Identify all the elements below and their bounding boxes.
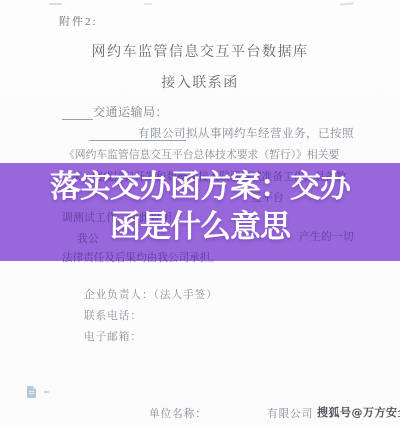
responsible-person-line: 企业负责人：（法人手签）: [84, 287, 218, 302]
blank-underline: [89, 129, 138, 141]
document-title-line2: 接入联系函: [0, 72, 400, 92]
unit-name-label: 单位名称：: [149, 406, 207, 421]
scan-mark: [144, 3, 152, 5]
paragraph-line1: 有限公司拟从事网约车经营业务，已按照: [89, 125, 354, 141]
salutation-text: 交通运输局：: [93, 105, 168, 119]
scan-mark: [49, 3, 62, 5]
company-blank-text: 有限公司: [138, 128, 186, 141]
tiny-dash-mark: [44, 391, 49, 393]
paragraph-intro-text: 拟从事网约车经营业务，已按照: [186, 128, 354, 140]
scan-mark: [340, 2, 354, 5]
watermark-text: 搜狐号@万方安全: [317, 404, 400, 420]
contact-phone-line: 联系电话：: [84, 308, 142, 323]
document-photo: 附件2: 网约车监管信息交互平台数据库 接入联系函 交通运输局： 有限公司拟从事…: [0, 0, 400, 425]
headline-line2: 函是什么意思: [0, 212, 400, 243]
blank-underline: [62, 108, 93, 120]
file-icon: [27, 386, 36, 398]
contact-email-line: 电子邮箱：: [84, 329, 142, 344]
attachment-label: 附件2:: [59, 13, 98, 29]
salutation-line: 交通运输局：: [62, 103, 168, 120]
paragraph-line2: 《网约车监管信息交互平台总体技术要求（暂行）》相关要: [64, 147, 339, 162]
band-doc-line3: 法律责任及后果均由我公司承担。: [62, 250, 221, 265]
unit-name-value: 有限公司: [267, 406, 313, 421]
headline-line1: 落实交办函方案：交办: [0, 172, 400, 203]
document-title-line1: 网约车监管信息交互平台数据库: [0, 41, 400, 61]
